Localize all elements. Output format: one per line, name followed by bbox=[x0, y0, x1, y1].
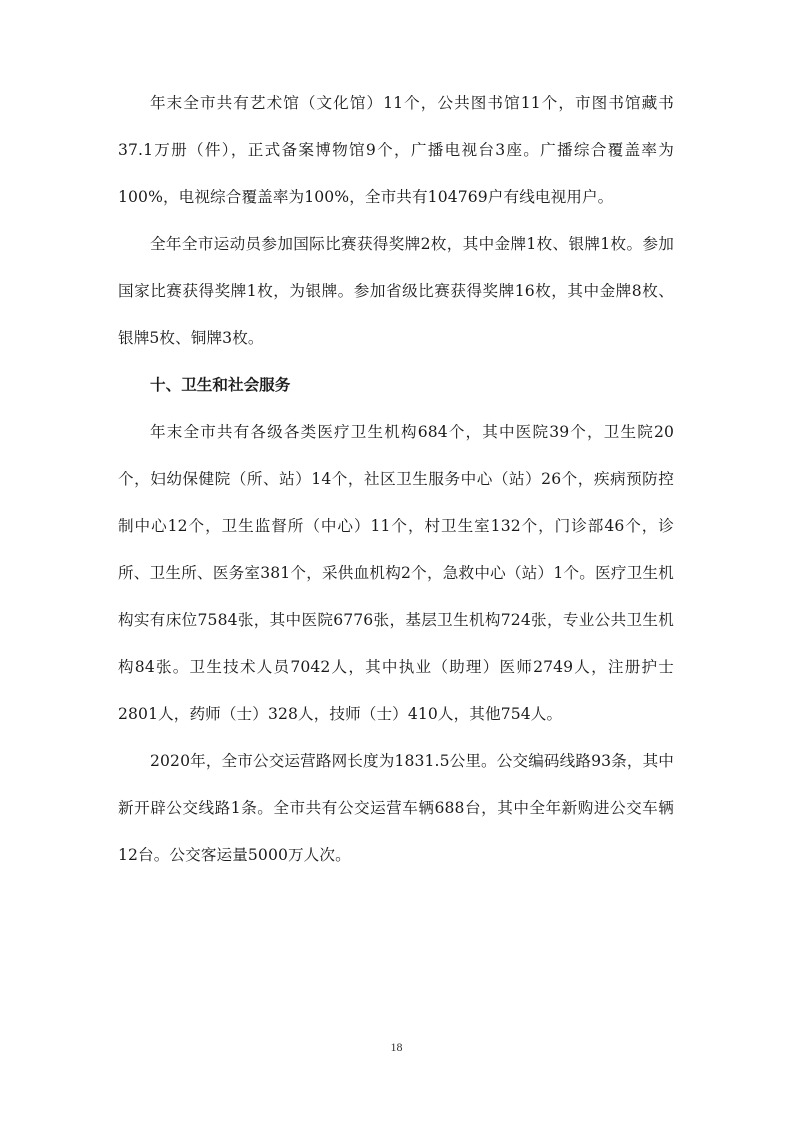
paragraph-sports-medals: 全年全市运动员参加国际比赛获得奖牌2枚，其中金牌1枚、银牌1枚。参加国家比赛获得… bbox=[118, 221, 674, 362]
page-number: 18 bbox=[0, 1040, 793, 1055]
section-heading-health-social-services: 十、卫生和社会服务 bbox=[118, 362, 674, 409]
paragraph-culture-facilities: 年末全市共有艺术馆（文化馆）11个，公共图书馆11个，市图书馆藏书37.1万册（… bbox=[118, 80, 674, 221]
document-page: 年末全市共有艺术馆（文化馆）11个，公共图书馆11个，市图书馆藏书37.1万册（… bbox=[118, 80, 674, 879]
paragraph-medical-institutions: 年末全市共有各级各类医疗卫生机构684个，其中医院39个，卫生院20个，妇幼保健… bbox=[118, 409, 674, 738]
paragraph-public-transit: 2020年，全市公交运营路网长度为1831.5公里。公交编码线路93条，其中新开… bbox=[118, 738, 674, 879]
